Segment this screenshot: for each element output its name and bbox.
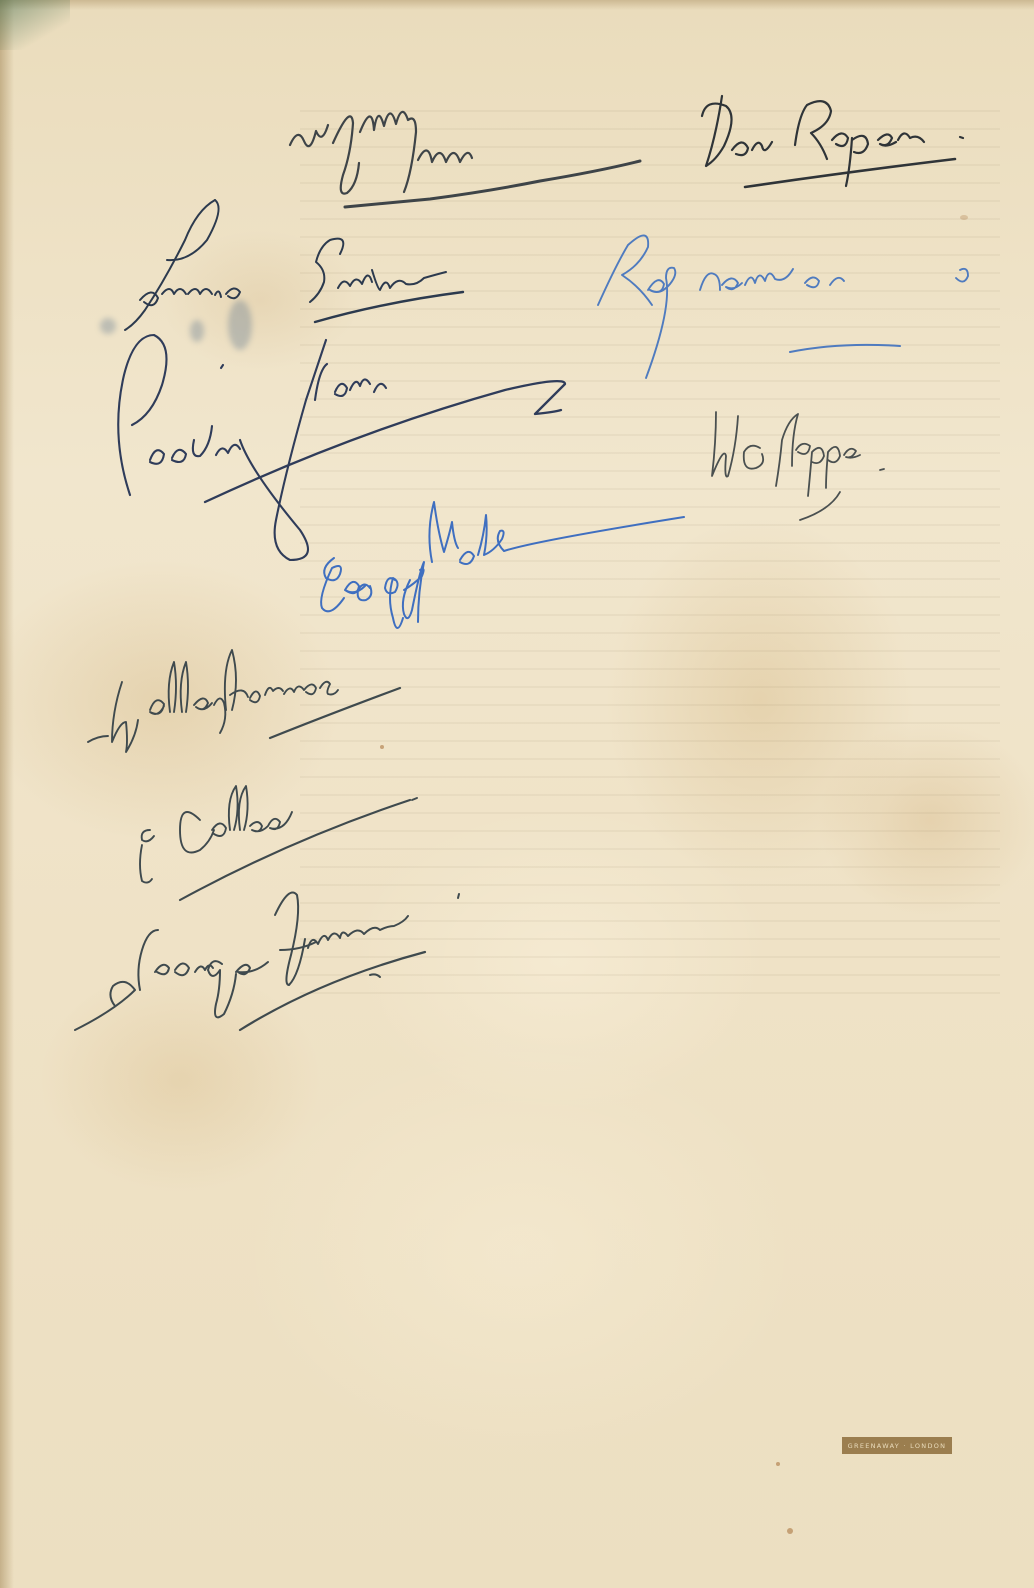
signature-george-swindin — [75, 893, 459, 1031]
signature-don-roper — [702, 96, 963, 187]
signature-e-collett — [140, 786, 417, 900]
signature-paddy-sloan — [118, 335, 565, 560]
signature-george-male — [321, 502, 684, 628]
signature-reg-lewis — [598, 235, 968, 378]
autograph-page: W. J. Mayson Don Roper Lannie Scott Reg … — [0, 0, 1034, 1588]
signature-mayson — [290, 112, 640, 207]
publisher-stamp: GREENAWAY · LONDON — [842, 1437, 952, 1454]
publisher-stamp-text: GREENAWAY · LONDON — [848, 1442, 947, 1450]
signature-walley-barnes — [88, 650, 400, 752]
signatures-layer — [0, 0, 1034, 1588]
signature-lannie-scott — [125, 200, 463, 330]
signature-hepper — [712, 412, 884, 520]
